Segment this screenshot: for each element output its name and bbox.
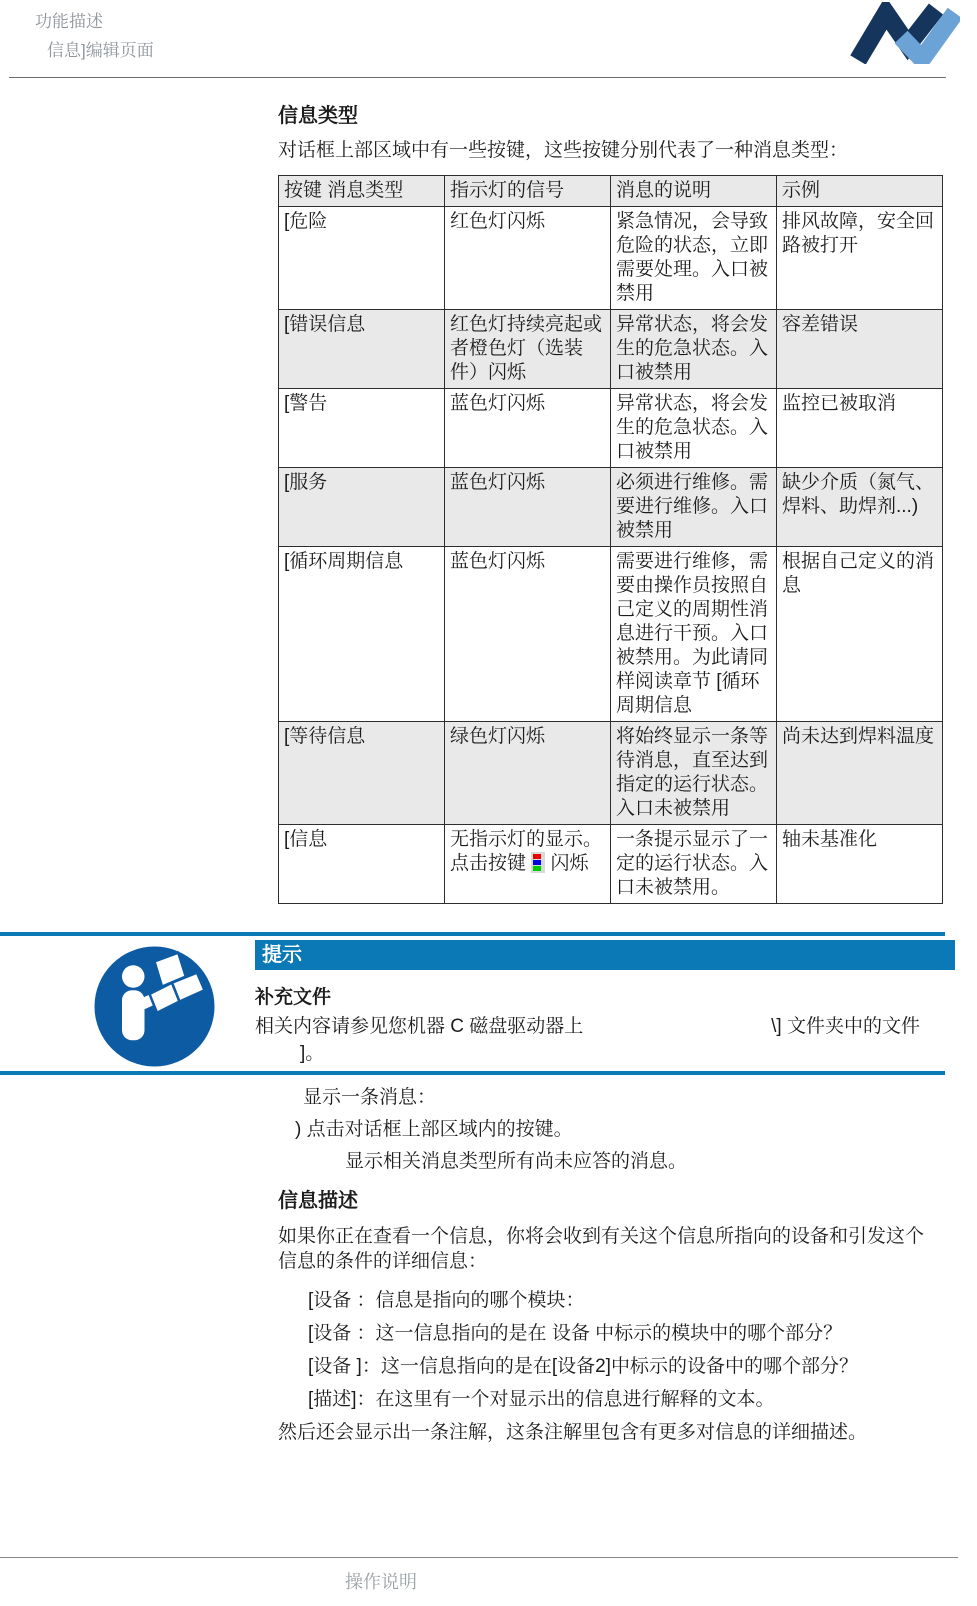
table-cell: 异常状态，将会发生的危急状态。入口被禁用 — [611, 389, 777, 468]
table-cell: 尚未达到焊料温度 — [777, 722, 943, 825]
table-cell: [危险 — [279, 207, 445, 310]
table-cell: 蓝色灯闪烁 — [445, 468, 611, 547]
section-intro: 如果你正在查看一个信息，你将会收到有关这个信息所指向的设备和引发这个信息的条件的… — [278, 1224, 941, 1274]
table-row: [信息无指示灯的显示。点击按键 闪烁一条提示显示了一定的运行状态。入口未被禁用。… — [279, 825, 943, 904]
table-row: [警告蓝色灯闪烁异常状态，将会发生的危急状态。入口被禁用监控已被取消 — [279, 389, 943, 468]
step-result: 显示相关消息类型所有尚未应答的消息。 — [345, 1149, 958, 1174]
hint-body-right: \] 文件夹中的文件 — [771, 1011, 920, 1038]
table-cell: 轴未基准化 — [777, 825, 943, 904]
hint-title-bar: 提示 — [255, 940, 955, 970]
header-divider — [9, 77, 946, 78]
footer-divider — [0, 1557, 958, 1558]
section-intro: 对话框上部区域中有一些按键，这些按键分别代表了一种消息类型： — [278, 138, 943, 163]
hint-bottom-border — [0, 1071, 945, 1075]
table-cell: 异常状态，将会发生的危急状态。入口被禁用 — [611, 310, 777, 389]
table-cell: 必须进行维修。需要进行维修。入口被禁用 — [611, 468, 777, 547]
list-item: [设备 ：这一信息指向的是在 设备 中标示的模块中的哪个部分？ — [308, 1321, 941, 1346]
field-list: [设备 ：信息是指向的哪个模块： [设备 ：这一信息指向的是在 设备 中标示的模… — [278, 1288, 941, 1412]
column-header: 示例 — [777, 176, 943, 207]
footer-label: 操作说明 — [345, 1568, 417, 1594]
procedure-steps: 显示一条消息： ) 点击对话框上部区域内的按键。 显示相关消息类型所有尚未应答的… — [278, 1085, 958, 1174]
table-cell: 一条提示显示了一定的运行状态。入口未被禁用。 — [611, 825, 777, 904]
table-cell: [等待信息 — [279, 722, 445, 825]
table-row: [服务蓝色灯闪烁必须进行维修。需要进行维修。入口被禁用缺少介质（氮气、焊料、助焊… — [279, 468, 943, 547]
list-item: [设备 ：信息是指向的哪个模块： — [308, 1288, 941, 1313]
hint-body: 相关内容请参见您机器 C 磁盘驱动器上 \] 文件夹中的文件 — [255, 1011, 920, 1038]
table-row: [危险红色灯闪烁紧急情况，会导致危险的状态，立即需要处理。入口被禁用排风故障，安… — [279, 207, 943, 310]
table-row: [错误信息红色灯持续亮起或者橙色灯（选装件）闪烁异常状态，将会发生的危急状态。入… — [279, 310, 943, 389]
hint-body-left: 相关内容请参见您机器 C 磁盘驱动器上 — [255, 1011, 583, 1038]
table-cell: 容差错误 — [777, 310, 943, 389]
table-cell: [警告 — [279, 389, 445, 468]
table-cell: 蓝色灯闪烁 — [445, 547, 611, 722]
column-header: 消息的说明 — [611, 176, 777, 207]
table-cell: 红色灯闪烁 — [445, 207, 611, 310]
read-manual-icon — [92, 944, 217, 1069]
table-cell: [服务 — [279, 468, 445, 547]
table-cell: [信息 — [279, 825, 445, 904]
indicator-button-icon — [531, 852, 545, 873]
hint-top-border — [0, 932, 945, 936]
section-title: 信息类型 — [278, 103, 943, 129]
column-header: 指示灯的信号 — [445, 176, 611, 207]
column-header: 按键 消息类型 — [279, 176, 445, 207]
hint-subtitle: 补充文件 — [255, 982, 331, 1009]
hint-box: 提示 补充文件 相关内容请参见您机器 C 磁盘驱动器上 \] 文件夹中的文件 ]… — [0, 932, 977, 1075]
list-item: [描述]：在这里有一个对显示出的信息进行解释的文本。 — [308, 1387, 941, 1412]
table-cell: 需要进行维修，需要由操作员按照自己定义的周期性消息进行干预。入口被禁用。为此请同… — [611, 547, 777, 722]
table-cell: 根据自己定义的消息 — [777, 547, 943, 722]
section-outro: 然后还会显示出一条注解，这条注解里包含有更多对信息的详细描述。 — [278, 1420, 941, 1445]
section-title: 信息描述 — [278, 1188, 941, 1214]
hint-body-continuation: ]。 — [300, 1038, 324, 1065]
table-cell: [循环周期信息 — [279, 547, 445, 722]
table-cell: 绿色灯闪烁 — [445, 722, 611, 825]
section-message-description: 信息描述 如果你正在查看一个信息，你将会收到有关这个信息所指向的设备和引发这个信… — [278, 1188, 941, 1445]
table-cell: 红色灯持续亮起或者橙色灯（选装件）闪烁 — [445, 310, 611, 389]
step-condition: 显示一条消息： — [303, 1085, 958, 1110]
table-cell: [错误信息 — [279, 310, 445, 389]
message-type-table: 按键 消息类型 指示灯的信号 消息的说明 示例 [危险红色灯闪烁紧急情况，会导致… — [278, 175, 943, 904]
table-cell: 监控已被取消 — [777, 389, 943, 468]
table-row: [循环周期信息蓝色灯闪烁需要进行维修，需要由操作员按照自己定义的周期性消息进行干… — [279, 547, 943, 722]
table-cell: 缺少介质（氮气、焊料、助焊剂...) — [777, 468, 943, 547]
breadcrumb-section: 信息]编辑页面 — [47, 36, 154, 61]
table-cell: 紧急情况，会导致危险的状态，立即需要处理。入口被禁用 — [611, 207, 777, 310]
table-header-row: 按键 消息类型 指示灯的信号 消息的说明 示例 — [279, 176, 943, 207]
list-item: [设备 ]：这一信息指向的是在[设备2]中标示的设备中的哪个部分？ — [308, 1354, 941, 1379]
table-cell: 无指示灯的显示。点击按键 闪烁 — [445, 825, 611, 904]
table-cell: 将始终显示一条等待消息，直至达到指定的运行状态。入口未被禁用 — [611, 722, 777, 825]
table-cell: 蓝色灯闪烁 — [445, 389, 611, 468]
step-action: ) 点击对话框上部区域内的按键。 — [295, 1117, 958, 1142]
section-message-types: 信息类型 对话框上部区域中有一些按键，这些按键分别代表了一种消息类型： 按键 消… — [278, 103, 943, 904]
table-cell: 排风故障，安全回路被打开 — [777, 207, 943, 310]
brand-logo-icon — [850, 2, 960, 64]
table-row: [等待信息绿色灯闪烁将始终显示一条等待消息，直至达到指定的运行状态。入口未被禁用… — [279, 722, 943, 825]
breadcrumb-chapter: 功能描述 — [35, 7, 103, 32]
